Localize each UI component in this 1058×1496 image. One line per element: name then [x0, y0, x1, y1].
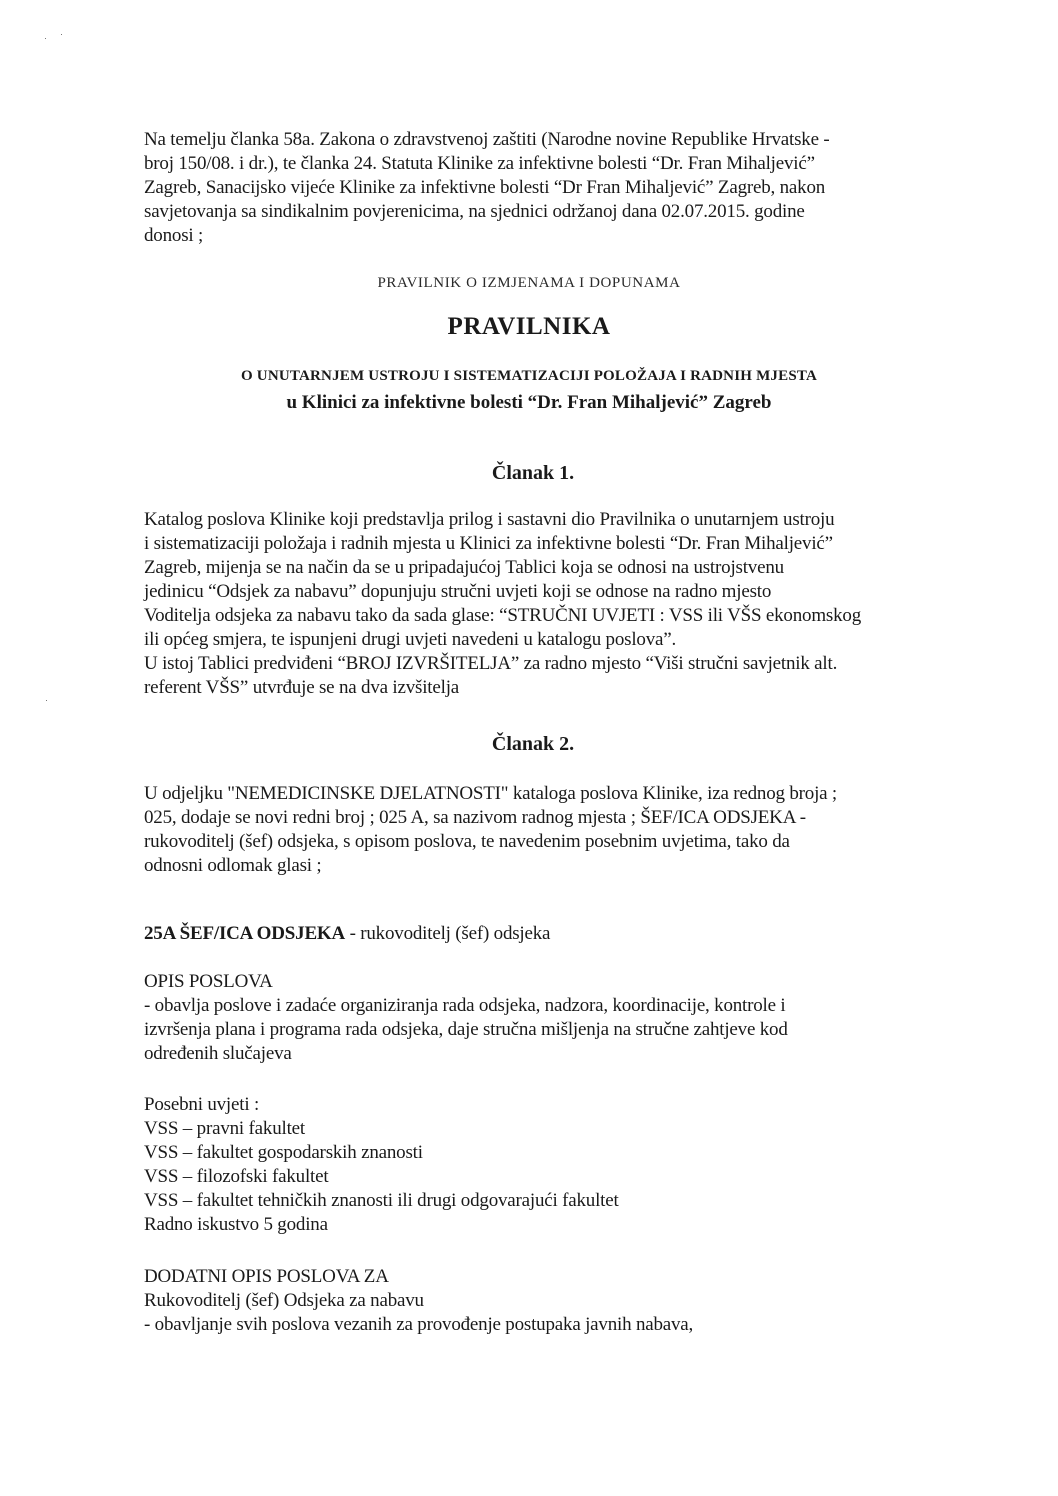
document-heading: PRAVILNIK O IZMJENAMA I DOPUNAMA: [0, 275, 1058, 292]
institution-line: u Klinici za infektivne bolesti “Dr. Fra…: [0, 392, 1058, 414]
article-1-body: Katalog poslova Klinike koji predstavlja…: [144, 508, 974, 700]
condition-item: VSS – fakultet gospodarskih znanosti: [144, 1141, 974, 1165]
job-description-heading: OPIS POSLOVA: [144, 970, 974, 994]
position-title-rest: - rukovoditelj (šef) odsjeka: [345, 923, 550, 944]
job-description-line: - obavlja poslove i zadaće organiziranja…: [144, 994, 974, 1018]
additional-description: DODATNI OPIS POSLOVA ZA Rukovoditelj (še…: [144, 1265, 974, 1337]
article-1-line: jedinicu “Odsjek za nabavu” dopunjuju st…: [144, 580, 974, 604]
condition-item: VSS – fakultet tehničkih znanosti ili dr…: [144, 1189, 974, 1213]
position-code-title: 25A ŠEF/ICA ODSJEKA: [144, 923, 345, 944]
article-2-line: rukovoditelj (šef) odsjeka, s opisom pos…: [144, 830, 974, 854]
article-2-line: U odjeljku "NEMEDICINSKE DJELATNOSTI" ka…: [144, 782, 974, 806]
preamble-line: Na temelju članka 58a. Zakona o zdravstv…: [144, 128, 974, 152]
additional-description-heading: DODATNI OPIS POSLOVA ZA: [144, 1265, 974, 1289]
article-1-line: ili općeg smjera, te ispunjeni drugi uvj…: [144, 628, 974, 652]
article-1-line: Katalog poslova Klinike koji predstavlja…: [144, 508, 974, 532]
additional-description-line: - obavljanje svih poslova vezanih za pro…: [144, 1313, 974, 1337]
preamble-line: broj 150/08. i dr.), te članka 24. Statu…: [144, 152, 974, 176]
special-conditions-heading: Posebni uvjeti :: [144, 1093, 974, 1117]
article-2-heading: Članak 2.: [4, 733, 1058, 756]
article-1-heading: Članak 1.: [4, 462, 1058, 485]
article-1-line: U istoj Tablici predviđeni “BROJ IZVRŠIT…: [144, 652, 974, 676]
preamble-line: donosi ;: [144, 224, 974, 248]
article-1-line: Zagreb, mijenja se na način da se u prip…: [144, 556, 974, 580]
article-2-line: 025, dodaje se novi redni broj ; 025 A, …: [144, 806, 974, 830]
condition-item: VSS – pravni fakultet: [144, 1117, 974, 1141]
position-title: 25A ŠEF/ICA ODSJEKA - rukovoditelj (šef)…: [144, 922, 974, 946]
preamble-paragraph: Na temelju članka 58a. Zakona o zdravstv…: [144, 128, 974, 248]
preamble-line: savjetovanja sa sindikalnim povjerenicim…: [144, 200, 974, 224]
preamble-line: Zagreb, Sanacijsko vijeće Klinike za inf…: [144, 176, 974, 200]
condition-item: VSS – filozofski fakultet: [144, 1165, 974, 1189]
scan-speck: [45, 38, 46, 39]
additional-description-subheading: Rukovoditelj (šef) Odsjeka za nabavu: [144, 1289, 974, 1313]
job-description-line: određenih slučajeva: [144, 1042, 974, 1066]
scan-speck: [46, 700, 47, 701]
condition-item: Radno iskustvo 5 godina: [144, 1213, 974, 1237]
article-1-line: referent VŠS” utvrđuje se na dva izvšite…: [144, 676, 974, 700]
scanned-document-page: Na temelju članka 58a. Zakona o zdravstv…: [0, 0, 1058, 1496]
job-description-line: izvršenja plana i programa rada odsjeka,…: [144, 1018, 974, 1042]
article-2-body: U odjeljku "NEMEDICINSKE DJELATNOSTI" ka…: [144, 782, 974, 878]
article-1-line: i sistematizaciji položaja i radnih mjes…: [144, 532, 974, 556]
job-description: OPIS POSLOVA - obavlja poslove i zadaće …: [144, 970, 974, 1066]
article-2-line: odnosni odlomak glasi ;: [144, 854, 974, 878]
scan-speck: [61, 34, 62, 35]
article-1-line: Voditelja odsjeka za nabavu tako da sada…: [144, 604, 974, 628]
document-subtitle: O UNUTARNJEM USTROJU I SISTEMATIZACIJI P…: [0, 368, 1058, 385]
special-conditions: Posebni uvjeti : VSS – pravni fakultet V…: [144, 1093, 974, 1237]
document-main-title: PRAVILNIKA: [0, 313, 1058, 341]
